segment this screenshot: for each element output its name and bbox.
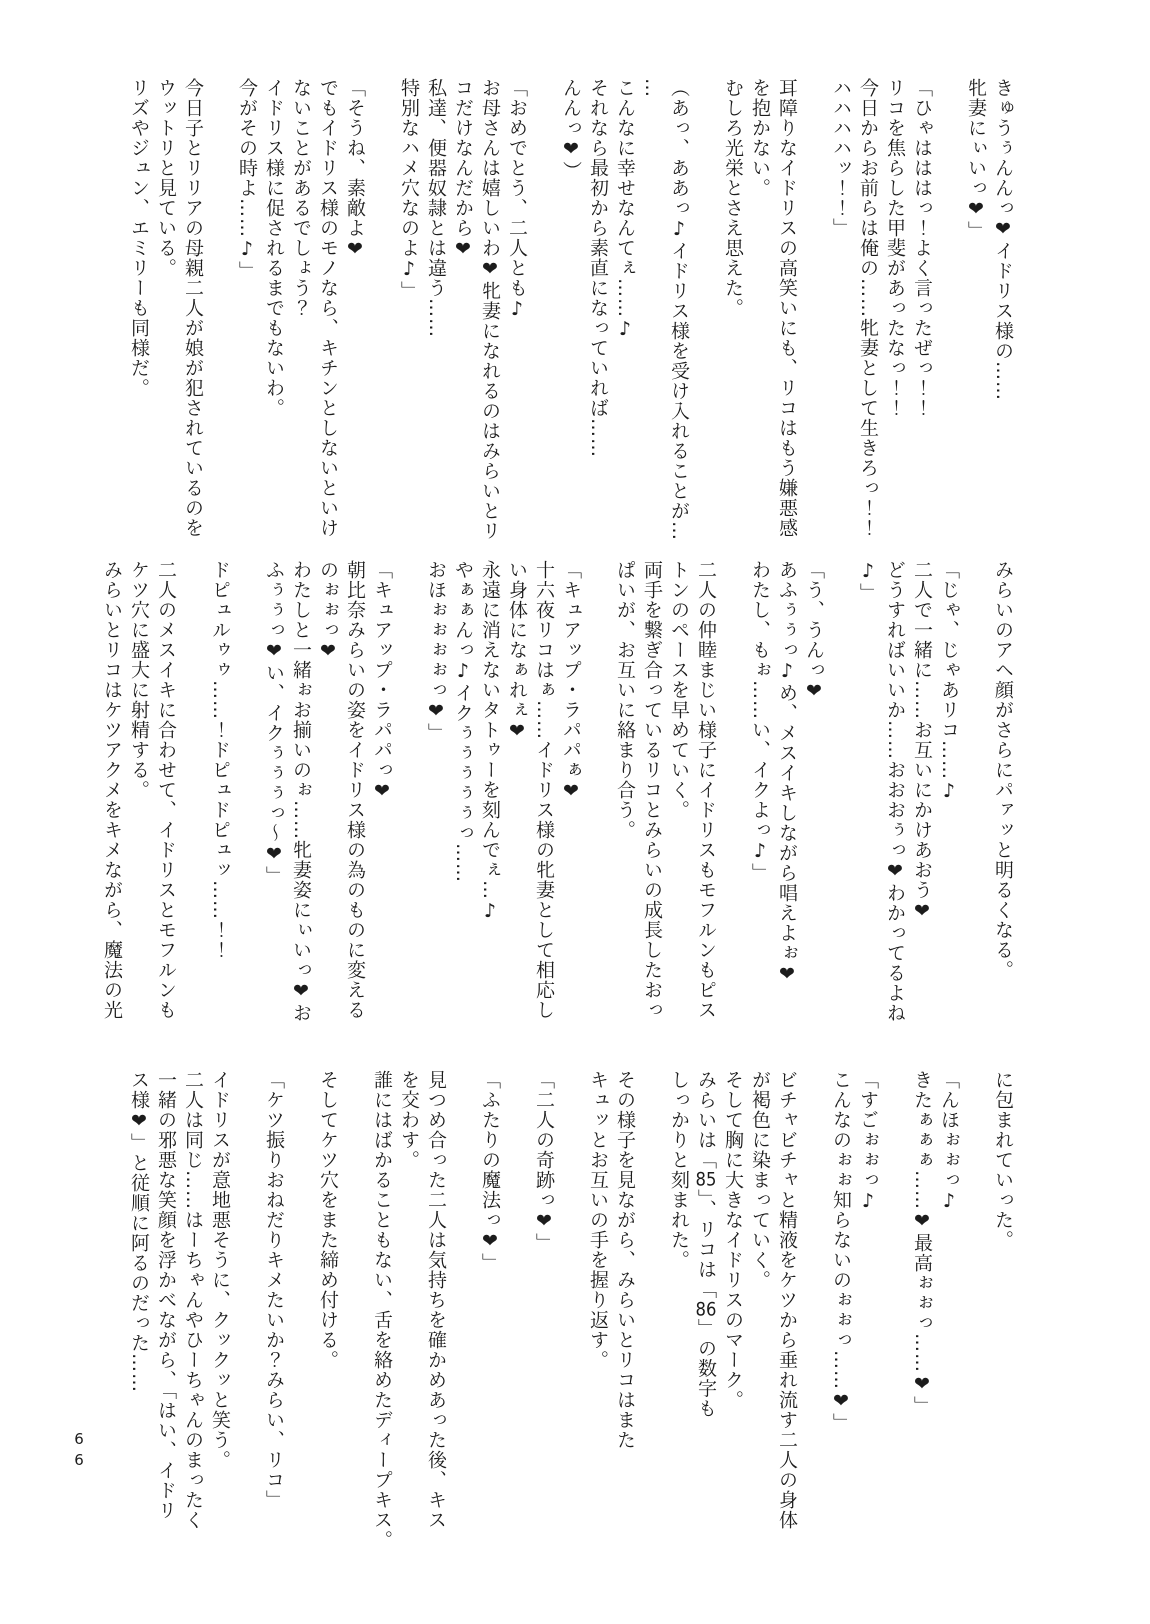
text-column: やぁぁんっ♪イクぅぅぅぅぅっ…… — [449, 560, 476, 1060]
text-column — [584, 560, 611, 1060]
text-column: 今日からお前らは俺の……牝妻として生きろっ！！ — [854, 78, 881, 578]
text-column: 耳障りなイドリスの高笑いにも、リコはもう嫌悪感 — [773, 78, 800, 578]
text-column — [179, 560, 206, 1060]
text-column: みらいのアヘ顔がさらにパァッと明るくなる。 — [989, 560, 1016, 1060]
text-column: ♪」 — [854, 560, 881, 1060]
text-column: 特別なハメ穴なのよ♪」 — [395, 78, 422, 578]
text-column: イドリスが意地悪そうに、クックッと笑う。 — [206, 1070, 233, 1570]
text-column — [962, 560, 989, 1060]
text-column: 牝妻にぃいっ❤」 — [962, 78, 989, 578]
text-column — [962, 1070, 989, 1570]
text-column: んんっ❤） — [557, 78, 584, 578]
text-column: おほぉぉぉぉっ❤」 — [422, 560, 449, 1060]
text-column: 「そうね、素敵よ❤ — [341, 78, 368, 578]
text-column: こんなに幸せなんてぇ……♪ — [611, 78, 638, 578]
text-column: 永遠に消えないタトゥーを刻んでぇ…♪ — [476, 560, 503, 1060]
text-column — [233, 1070, 260, 1570]
text-column: を交わす。 — [395, 1070, 422, 1570]
text-column: ス様❤」と従順に阿るのだった…… — [125, 1070, 152, 1570]
text-column — [557, 1070, 584, 1570]
text-column — [800, 1070, 827, 1570]
text-column — [935, 78, 962, 578]
text-column: キュッとお互いの手を握り返す。 — [584, 1070, 611, 1570]
text-column: でもイドリス様のモノなら、キチンとしないといけ — [314, 78, 341, 578]
text-column: 両手を繋ぎ合っているリコとみらいの成長したおっ — [638, 560, 665, 1060]
text-column: （あっ、ああっ♪イドリス様を受け入れることが… — [665, 78, 692, 578]
page-number: 66 — [70, 1430, 88, 1472]
text-column: … — [638, 78, 665, 578]
text-column: ふぅぅっ❤い、イクぅぅぅっ〜❤」 — [260, 560, 287, 1060]
text-column — [881, 1070, 908, 1570]
text-column — [287, 1070, 314, 1570]
text-column: ドピュルゥゥ……！ドピュドピュッ……！！ — [206, 560, 233, 1060]
text-band-bottom: に包まれていった。 「んほぉぉっ♪きたぁぁぁ……❤最高ぉぉっ……❤」 「すごぉぉ… — [125, 1070, 1016, 1570]
text-column — [341, 1070, 368, 1570]
text-column: わたし、もぉ……い、イクよっ♪」 — [746, 560, 773, 1060]
text-column: リズやジュン、エミリーも同様だ。 — [125, 78, 152, 578]
text-column: に包まれていった。 — [989, 1070, 1016, 1570]
text-column: 二人の仲睦まじい様子にイドリスもモフルンもピス — [692, 560, 719, 1060]
text-column: むしろ光栄とさえ思えた。 — [719, 78, 746, 578]
text-column: 私達、便器奴隷とは違う…… — [422, 78, 449, 578]
text-column — [368, 78, 395, 578]
text-column: 十六夜リコはぁ……イドリス様の牝妻として相応し — [530, 560, 557, 1060]
text-column: トンのペースを早めていく。 — [665, 560, 692, 1060]
text-column: ぱいが、お互いに絡まり合う。 — [611, 560, 638, 1060]
text-column — [692, 78, 719, 578]
text-column — [395, 560, 422, 1060]
text-column: 今がその時よ……♪」 — [233, 78, 260, 578]
text-column: 「ケツ振りおねだりキメたいか？みらい、リコ」 — [260, 1070, 287, 1570]
text-column: ケツ穴に盛大に射精する。 — [125, 560, 152, 1060]
text-column: そしてケツ穴をまた締め付ける。 — [314, 1070, 341, 1570]
text-column: どうすればいいか……おおおぅっ❤わかってるよね — [881, 560, 908, 1060]
text-column: わたしと一緒ぉお揃いのぉ……牝妻姿にぃいっ❤お — [287, 560, 314, 1060]
text-column: 二人で一緒に……お互いにかけあおう❤ — [908, 560, 935, 1060]
text-column: しっかりと刻まれた。 — [665, 1070, 692, 1570]
text-column: 「じゃ、じゃあリコ……♪ — [935, 560, 962, 1060]
text-column: 一緒の邪悪な笑顔を浮かべながら、「はい、イドリ — [152, 1070, 179, 1570]
text-column — [449, 1070, 476, 1570]
text-column: きたぁぁぁ……❤最高ぉぉっ……❤」 — [908, 1070, 935, 1570]
text-column: 「う、うんっ❤ — [800, 560, 827, 1060]
text-column: リコを焦らした甲斐があったなっ！！ — [881, 78, 908, 578]
text-column: ハハハハッ！！」 — [827, 78, 854, 578]
text-column — [503, 1070, 530, 1570]
text-band-top: きゅうぅんんっ❤イドリス様の……牝妻にぃいっ❤」 「ひゃはははっ！よく言ったぜっ… — [125, 78, 1016, 578]
text-column: ビチャビチャと精液をケツから垂れ流す二人の身体 — [773, 1070, 800, 1570]
text-column: ウットリと見ている。 — [152, 78, 179, 578]
text-column: コだけなんだから❤ — [449, 78, 476, 578]
text-column: 今日子とリリアの母親二人が娘が犯されているのを — [179, 78, 206, 578]
text-column: みらいは「85」、リコは「86」の数字も — [692, 1070, 719, 1570]
text-column: イドリス様に促されるまでもないわ。 — [260, 78, 287, 578]
text-column: こんなのぉぉ知らないのぉぉっ……❤」 — [827, 1070, 854, 1570]
text-column — [800, 78, 827, 578]
text-column: のぉぉっ❤ — [314, 560, 341, 1060]
text-column: い身体になぁれぇ❤ — [503, 560, 530, 1060]
text-column: が褐色に染まっていく。 — [746, 1070, 773, 1570]
text-column: それなら最初から素直になっていれば…… — [584, 78, 611, 578]
text-column — [233, 560, 260, 1060]
text-column: 「すごぉぉっ♪ — [854, 1070, 881, 1570]
text-column: 「ふたりの魔法っ❤」 — [476, 1070, 503, 1570]
text-column: 二人のメスイキに合わせて、イドリスとモフルンも — [152, 560, 179, 1060]
text-column: 誰にはばかることもない、舌を絡めたディープキス。 — [368, 1070, 395, 1570]
text-column: 「キュアップ・ラパパっ❤ — [368, 560, 395, 1060]
text-column: 「おめでとう、二人とも♪ — [503, 78, 530, 578]
text-column: 二人は同じ……はーちゃんやひーちゃんのまったく — [179, 1070, 206, 1570]
text-column: あふぅぅっ♪め、メスイキしながら唱えよぉ❤ — [773, 560, 800, 1060]
text-column — [530, 78, 557, 578]
text-column — [638, 1070, 665, 1570]
text-band-middle: みらいのアヘ顔がさらにパァッと明るくなる。 「じゃ、じゃあリコ……♪二人で一緒に… — [98, 560, 1016, 1060]
text-column: 「ひゃはははっ！よく言ったぜっ！！ — [908, 78, 935, 578]
document-page: きゅうぅんんっ❤イドリス様の……牝妻にぃいっ❤」 「ひゃはははっ！よく言ったぜっ… — [0, 0, 1150, 1624]
text-column: きゅうぅんんっ❤イドリス様の…… — [989, 78, 1016, 578]
text-column: みらいとリコはケツアクメをキメながら、魔法の光 — [98, 560, 125, 1060]
text-column: を抱かない。 — [746, 78, 773, 578]
text-column: ないことがあるでしょう？ — [287, 78, 314, 578]
text-column: お母さんは嬉しいわ❤牝妻になれるのはみらいとリ — [476, 78, 503, 578]
text-column — [827, 560, 854, 1060]
text-column — [206, 78, 233, 578]
text-column: そして胸に大きなイドリスのマーク。 — [719, 1070, 746, 1570]
text-column — [719, 560, 746, 1060]
text-column: その様子を見ながら、みらいとリコはまた — [611, 1070, 638, 1570]
text-column: 「二人の奇跡っ❤」 — [530, 1070, 557, 1570]
text-column: 「キュアップ・ラパパぁ❤ — [557, 560, 584, 1060]
text-column: 朝比奈みらいの姿をイドリス様の為のものに変える — [341, 560, 368, 1060]
text-column: 「んほぉぉっ♪ — [935, 1070, 962, 1570]
text-column: 見つめ合った二人は気持ちを確かめあった後、キス — [422, 1070, 449, 1570]
